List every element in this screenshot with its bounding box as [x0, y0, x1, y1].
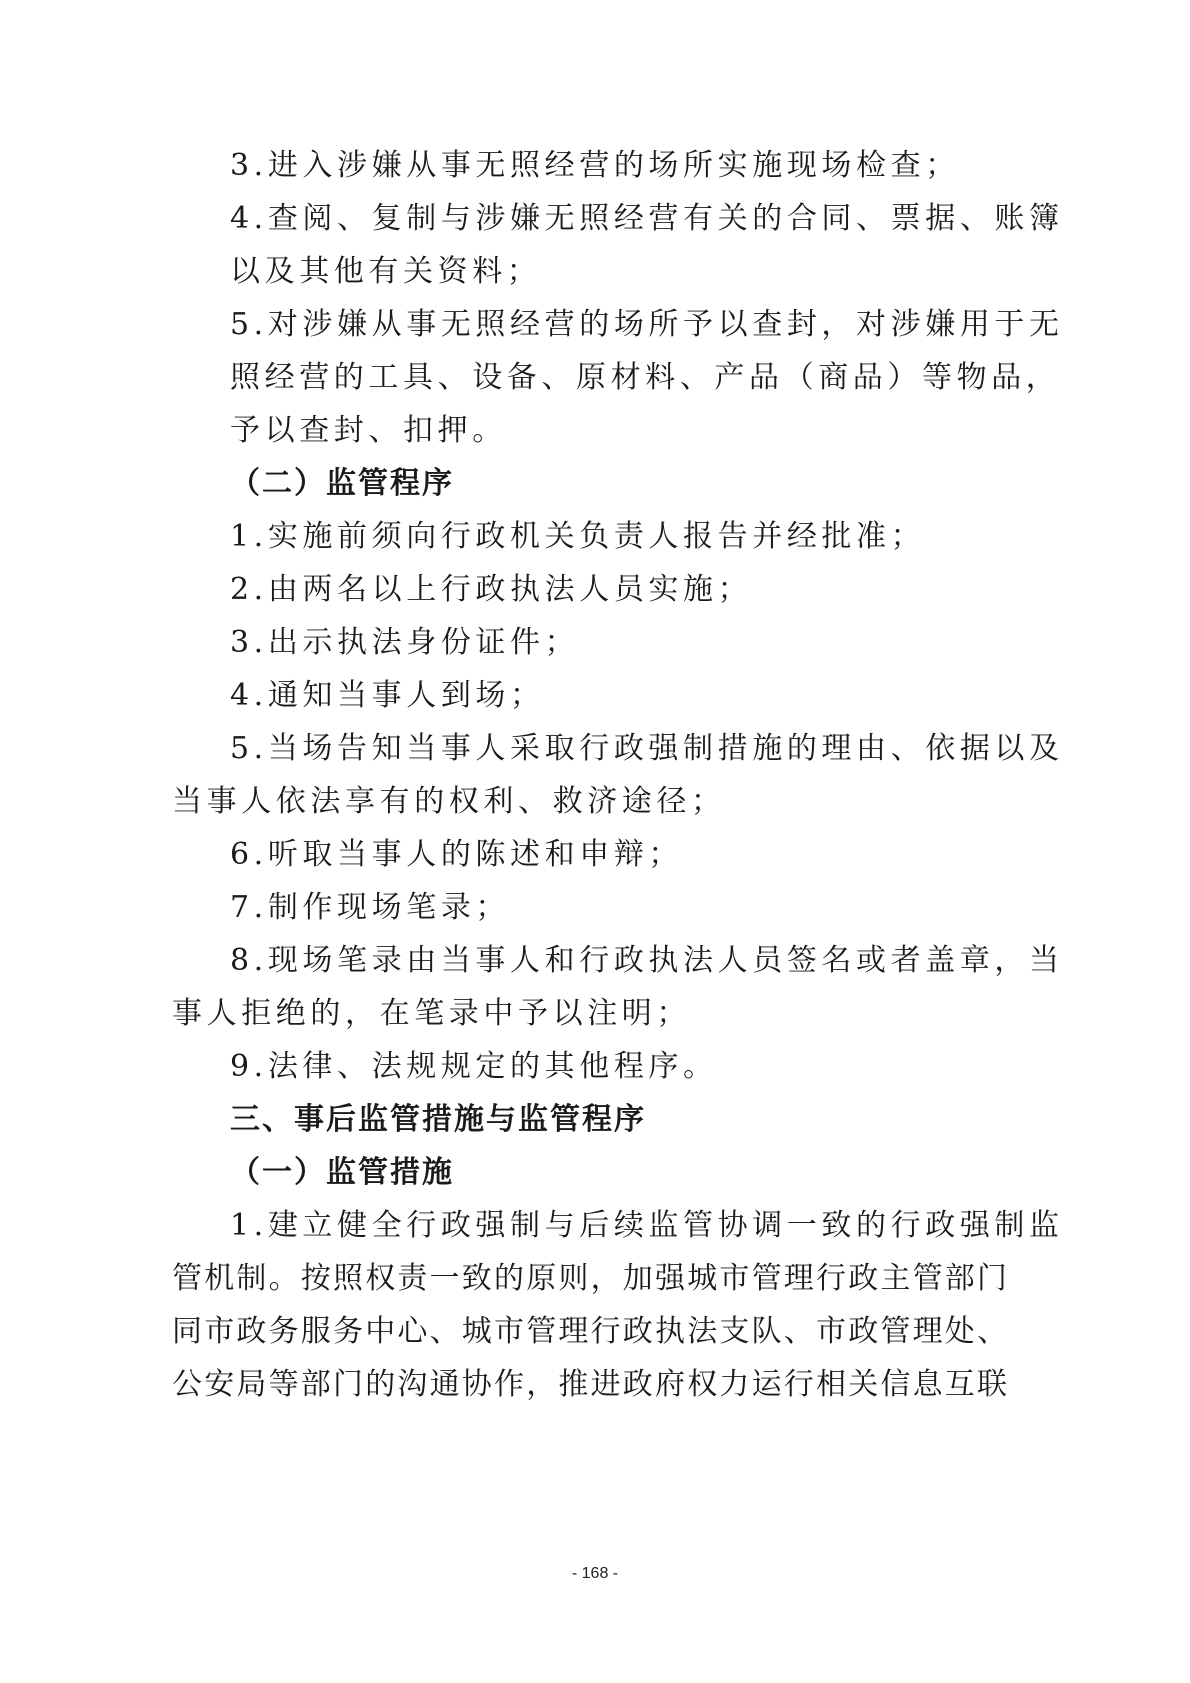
text-line: 8.现场笔录由当事人和行政执法人员签名或者盖章，当 [230, 941, 1064, 981]
text-line: 管机制。按照权责一致的原则，加强城市管理行政主管部门 [172, 1259, 1009, 1299]
page-number: - 168 - [0, 1565, 1190, 1583]
text-line: 4.通知当事人到场； [230, 676, 545, 716]
text-line: 以及其他有关资料； [230, 252, 541, 292]
text-line: 1.实施前须向行政机关负责人报告并经批准； [230, 517, 925, 557]
section-heading: （一）监管措施 [230, 1153, 454, 1193]
text-line: 7.制作现场笔录； [230, 888, 510, 928]
text-line: 事人拒绝的，在笔录中予以注明； [172, 994, 691, 1034]
text-line: 2.由两名以上行政执法人员实施； [230, 570, 752, 610]
text-line: 4.查阅、复制与涉嫌无照经营有关的合同、票据、账簿 [230, 199, 1064, 239]
text-line: 同市政务服务中心、城市管理行政执法支队、市政管理处、 [172, 1312, 1009, 1352]
text-line: 照经营的工具、设备、原材料、产品（商品）等物品， [230, 358, 1060, 398]
text-line: 9.法律、法规规定的其他程序。 [230, 1047, 718, 1087]
text-line: 5.对涉嫌从事无照经营的场所予以查封，对涉嫌用于无 [230, 305, 1064, 345]
text-line: 6.听取当事人的陈述和申辩； [230, 835, 683, 875]
section-heading: （二）监管程序 [230, 464, 454, 504]
text-line: 3.出示执法身份证件； [230, 623, 579, 663]
text-line: 当事人依法享有的权利、救济途径； [172, 782, 726, 822]
text-line: 1.建立健全行政强制与后续监管协调一致的行政强制监 [230, 1206, 1064, 1246]
document-page: 3.进入涉嫌从事无照经营的场所实施现场检查； 4.查阅、复制与涉嫌无照经营有关的… [0, 0, 1190, 1683]
text-line: 公安局等部门的沟通协作，推进政府权力运行相关信息互联 [172, 1365, 1009, 1405]
text-line: 5.当场告知当事人采取行政强制措施的理由、依据以及 [230, 729, 1064, 769]
text-line: 3.进入涉嫌从事无照经营的场所实施现场检查； [230, 146, 960, 186]
text-line: 予以查封、扣押。 [230, 411, 507, 451]
chapter-heading: 三、事后监管措施与监管程序 [230, 1100, 646, 1140]
